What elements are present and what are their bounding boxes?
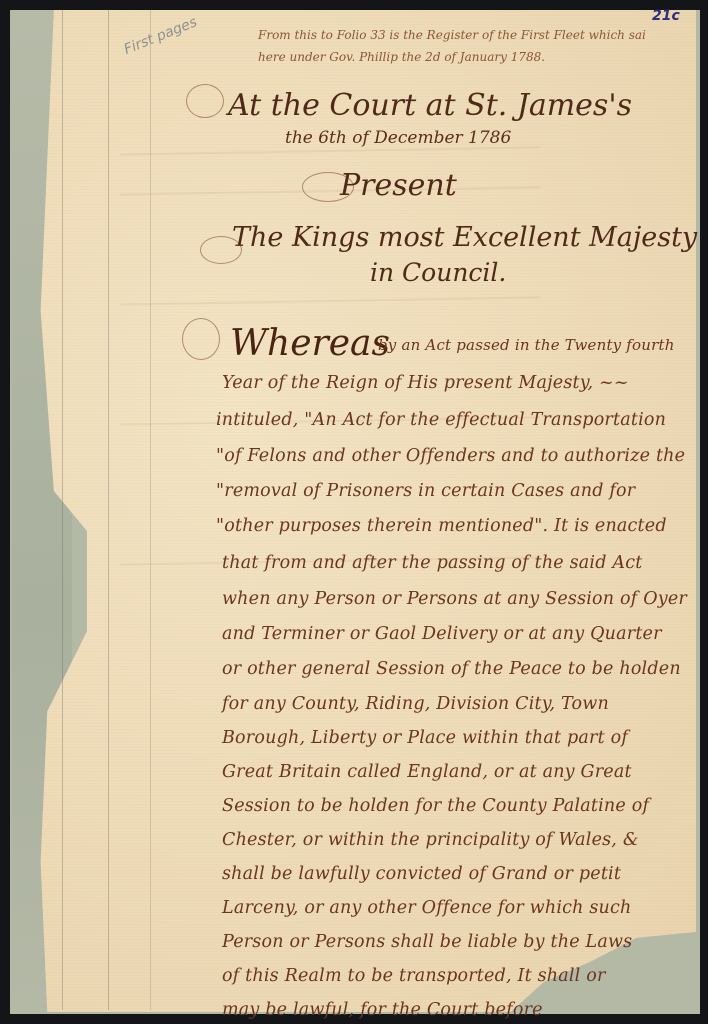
manuscript-sheet (34, 10, 696, 1012)
body-line: may be lawful, for the Court before (222, 1000, 543, 1020)
folio-number: 21c (652, 8, 680, 24)
body-line: shall be lawfully convicted of Grand or … (222, 864, 621, 884)
fold-line (62, 10, 63, 1010)
flourish-w (182, 318, 220, 360)
body-line: Larceny, or any other Offence for which … (222, 898, 631, 918)
header-note-line: From this to Folio 33 is the Register of… (258, 28, 646, 42)
body-line: for any County, Riding, Division City, T… (222, 694, 609, 714)
body-line: Person or Persons shall be liable by the… (222, 932, 632, 952)
heading-council: in Council. (370, 258, 506, 287)
header-note-line: here under Gov. Phillip the 2d of Januar… (258, 50, 545, 64)
heading-king: The Kings most Excellent Majesty (232, 222, 697, 253)
body-line: when any Person or Persons at any Sessio… (222, 589, 687, 609)
body-line: of this Realm to be transported, It shal… (222, 966, 606, 986)
body-line: "of Felons and other Offenders and to au… (216, 446, 685, 466)
heading-court: At the Court at St. James's (228, 88, 632, 123)
body-line: "other purposes therein mentioned". It i… (216, 516, 667, 536)
body-line: Borough, Liberty or Place within that pa… (222, 728, 628, 748)
opening-word: Whereas (230, 323, 390, 364)
body-line: Chester, or within the principality of W… (222, 830, 639, 850)
body-line: Year of the Reign of His present Majesty… (222, 373, 629, 393)
heading-present: Present (340, 168, 457, 203)
body-line: by an Act passed in the Twenty fourth (378, 336, 675, 354)
body-line: intituled, "An Act for the effectual Tra… (216, 410, 666, 430)
body-line: "removal of Prisoners in certain Cases a… (216, 481, 635, 501)
fold-line (108, 10, 109, 1010)
body-line: Great Britain called England, or at any … (222, 762, 632, 782)
body-line: that from and after the passing of the s… (222, 553, 642, 573)
body-line: or other general Session of the Peace to… (222, 659, 681, 679)
flourish-c (186, 84, 224, 118)
heading-date: the 6th of December 1786 (285, 128, 511, 148)
body-line: and Terminer or Gaol Delivery or at any … (222, 624, 662, 644)
body-line: Session to be holden for the County Pala… (222, 796, 649, 816)
crease-line (150, 10, 151, 1010)
